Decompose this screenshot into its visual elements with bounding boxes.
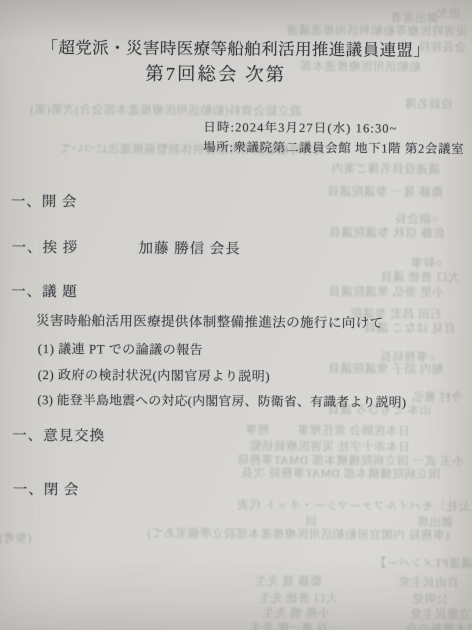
agenda-item-greeting: 一、挨 拶 bbox=[11, 236, 78, 257]
session-title: 第7回総会 次第 bbox=[0, 59, 432, 88]
meeting-datetime: 日時:2024年3月27日(水) 16:30~ bbox=[203, 117, 397, 136]
org-title: 「超党派・災害時医療等船舶利活用推進議員連盟」 bbox=[0, 34, 472, 61]
topic-item-3: (3) 能登半島地震への対応(内閣官房、防衛省、有識者より説明) bbox=[37, 389, 406, 411]
agenda-item-topics: 一、議 題 bbox=[11, 280, 78, 301]
agenda-document: 「超党派・災害時医療等船舶利活用推進議員連盟」 第7回総会 次第 日時:2024… bbox=[0, 0, 472, 630]
document-photo: 出欠御出席者災害時医療等船舶利活用推進議連会長挨拶船舶活用医療推進本部役員名簿設… bbox=[0, 0, 472, 630]
agenda-item-opening: 一、開 会 bbox=[11, 190, 78, 211]
paper-sheet: 出欠御出席者災害時医療等船舶利活用推進議連会長挨拶船舶活用医療推進本部役員名簿設… bbox=[0, 0, 472, 630]
topic-item-2: (2) 政府の検討状況(内閣官房より説明) bbox=[38, 364, 271, 385]
meeting-location: 場所:衆議院第二議員会館 地下1階 第2会議室 bbox=[203, 137, 464, 157]
topic-intro: 災害時船舶活用医療提供体制整備推進法の施行に向けて bbox=[36, 309, 384, 331]
greeting-speaker: 加藤 勝信 会長 bbox=[138, 237, 240, 259]
agenda-item-discussion: 一、意見交換 bbox=[12, 424, 105, 446]
agenda-item-closing: 一、閉 会 bbox=[13, 478, 80, 499]
topic-item-1: (1) 議連 PT での論議の報告 bbox=[38, 338, 203, 358]
